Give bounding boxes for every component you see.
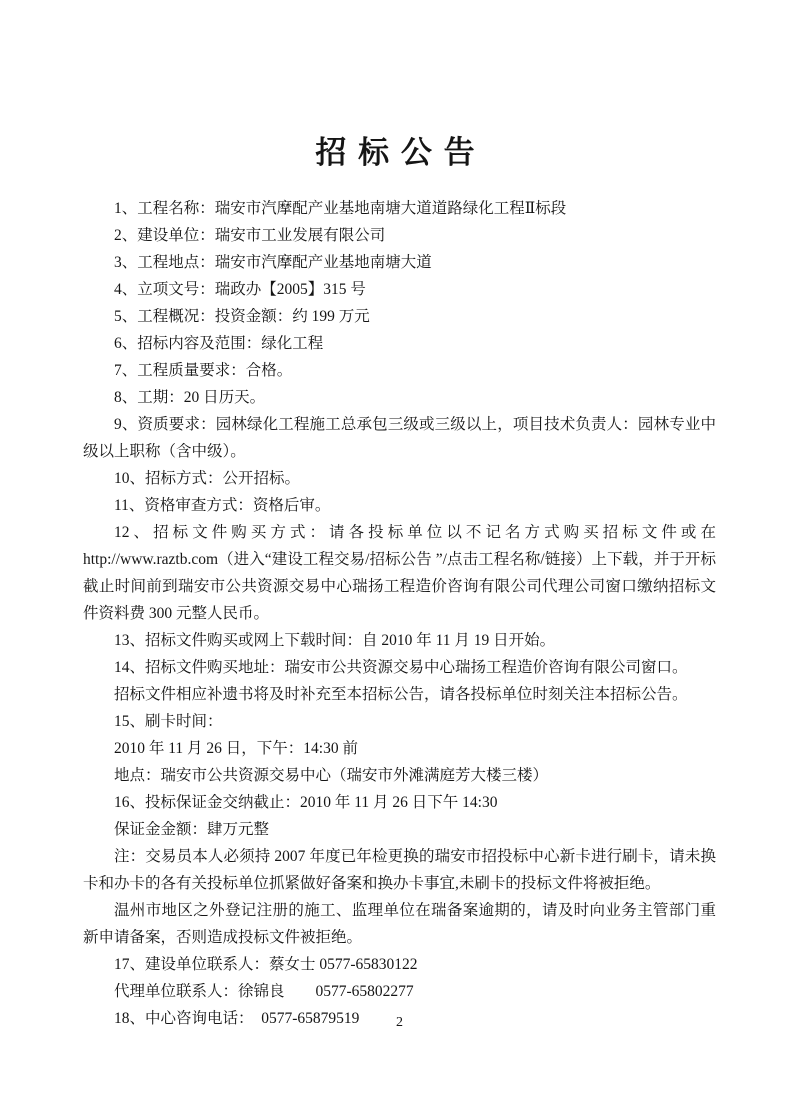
paragraph-agent-contact: 代理单位联系人：徐锦良 0577-65802277 — [83, 978, 716, 1005]
paragraph-card-swipe-time: 15、刷卡时间： — [83, 708, 716, 735]
paragraph-addendum-note: 招标文件相应补遗书将及时补充至本招标公告，请各投标单位时刻关注本招标公告。 — [83, 681, 716, 708]
paragraph-purchase-time: 13、招标文件购买或网上下载时间：自 2010 年 11 月 19 日开始。 — [83, 627, 716, 654]
paragraph-project-name: 1、工程名称：瑞安市汽摩配产业基地南塘大道道路绿化工程Ⅱ标段 — [83, 195, 716, 222]
paragraph-purchase-method: 12、招标文件购买方式：请各投标单位以不记名方式购买招标文件或在 http://… — [83, 519, 716, 627]
paragraph-owner-contact: 17、建设单位联系人：蔡女士 0577-65830122 — [83, 951, 716, 978]
paragraph-tender-method: 10、招标方式：公开招标。 — [83, 465, 716, 492]
paragraph-tender-scope: 6、招标内容及范围：绿化工程 — [83, 330, 716, 357]
paragraph-purchase-address: 14、招标文件购买地址：瑞安市公共资源交易中心瑞扬工程造价咨询有限公司窗口。 — [83, 654, 716, 681]
paragraph-project-location: 3、工程地点：瑞安市汽摩配产业基地南塘大道 — [83, 249, 716, 276]
paragraph-card-swipe-place: 地点：瑞安市公共资源交易中心（瑞安市外滩满庭芳大楼三楼） — [83, 762, 716, 789]
document-title: 招 标 公 告 — [0, 21, 792, 174]
paragraph-deposit-amount: 保证金金额：肆万元整 — [83, 816, 716, 843]
paragraph-qualification: 9、资质要求：园林绿化工程施工总承包三级或三级以上，项目技术负责人：园林专业中级… — [83, 411, 716, 465]
paragraph-review-method: 11、资格审查方式：资格后审。 — [83, 492, 716, 519]
paragraph-deposit-deadline: 16、投标保证金交纳截止：2010 年 11 月 26 日下午 14:30 — [83, 789, 716, 816]
paragraph-wenzhou-note: 温州市地区之外登记注册的施工、监理单位在瑞备案逾期的，请及时向业务主管部门重新申… — [83, 897, 716, 951]
paragraph-card-note: 注：交易员本人必须持 2007 年度已年检更换的瑞安市招投标中心新卡进行刷卡，请… — [83, 843, 716, 897]
paragraph-card-swipe-date: 2010 年 11 月 26 日，下午：14:30 前 — [83, 735, 716, 762]
document-body: 1、工程名称：瑞安市汽摩配产业基地南塘大道道路绿化工程Ⅱ标段 2、建设单位：瑞安… — [83, 195, 716, 1032]
page-number: 2 — [83, 1014, 716, 1032]
paragraph-quality-requirement: 7、工程质量要求：合格。 — [83, 357, 716, 384]
paragraph-construction-unit: 2、建设单位：瑞安市工业发展有限公司 — [83, 222, 716, 249]
paragraph-duration: 8、工期：20 日历天。 — [83, 384, 716, 411]
document-page: 招 标 公 告 1、工程名称：瑞安市汽摩配产业基地南塘大道道路绿化工程Ⅱ标段 2… — [0, 0, 792, 1120]
paragraph-project-overview: 5、工程概况：投资金额：约 199 万元 — [83, 303, 716, 330]
paragraph-approval-doc-number: 4、立项文号：瑞政办【2005】315 号 — [83, 276, 716, 303]
